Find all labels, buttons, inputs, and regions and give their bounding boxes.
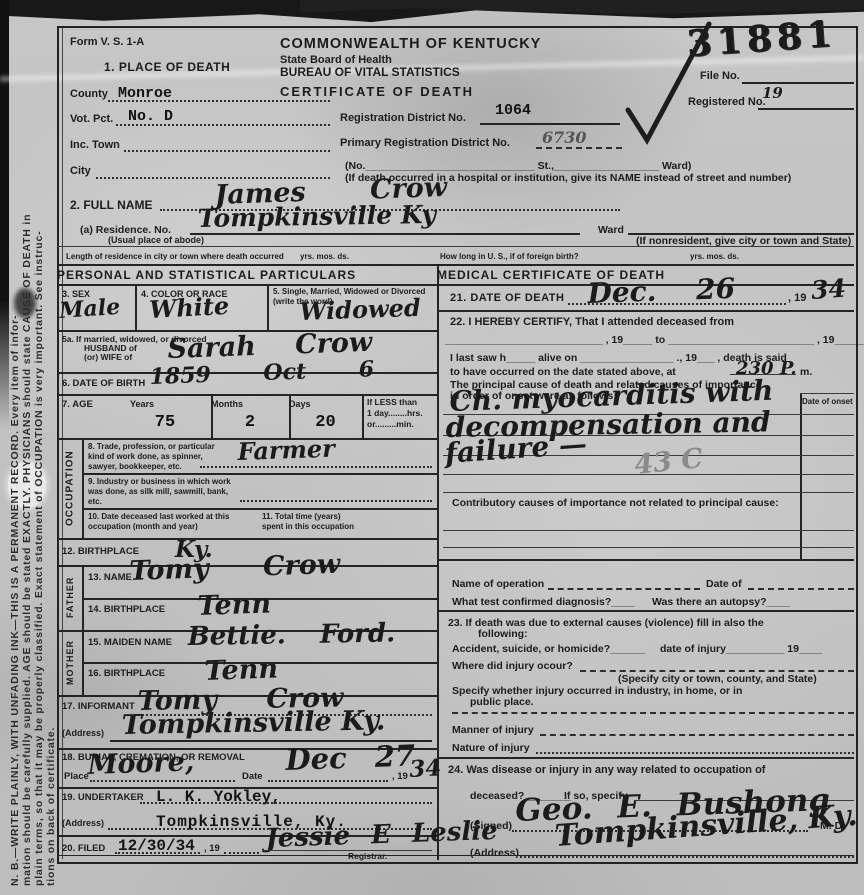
mother-name-value: Bettie. Ford. — [188, 620, 396, 650]
father-bp-value: Tenn — [197, 590, 271, 620]
marital-value: Widowed — [299, 296, 421, 324]
burial-19-label: , 19 — [392, 771, 408, 783]
physician-addr-label: (Address) — [470, 847, 519, 860]
registered-no-value: 19 — [762, 86, 783, 101]
contributory-bottom-line — [437, 559, 854, 561]
filed-label: 20. FILED — [62, 843, 105, 855]
ward-label: Ward — [598, 224, 624, 237]
m-label: m. — [800, 366, 812, 379]
margin-note-line3: plain terms, so that it may be properly … — [33, 28, 45, 886]
row6-bottom-line — [57, 394, 437, 396]
certificate-title: CERTIFICATE OF DEATH — [280, 84, 610, 100]
county-label: County — [70, 88, 108, 101]
father-bp-label: 14. BIRTHPLACE — [88, 604, 165, 616]
test-label: What test confirmed diagnosis?____ — [452, 596, 635, 609]
where-injury-line — [580, 670, 854, 672]
occupation-bottom-line — [57, 538, 437, 540]
reg-district-value: 1064 — [495, 103, 531, 118]
reg-district-label: Registration District No. — [340, 112, 466, 125]
nature-line — [536, 752, 854, 754]
commonwealth-title: COMMONWEALTH OF KENTUCKY — [280, 36, 610, 54]
inc-town-line — [124, 150, 330, 152]
margin-note-line1: N. B.—WRITE PLAINLY, WITH UNFADING INK—T… — [9, 28, 21, 886]
personal-section-title: PERSONAL AND STATISTICAL PARTICULARS — [57, 268, 437, 283]
onset-label: Date of onset — [802, 397, 854, 407]
length-row-top-line — [57, 246, 854, 247]
ifless-label-3: or.........min. — [367, 419, 414, 429]
sex-color-divider — [135, 284, 137, 330]
dateof-label: Date of — [706, 578, 742, 591]
sex-value: Male — [58, 296, 120, 322]
q24-line1: 24. Was disease or injury in any way rel… — [448, 764, 765, 777]
father-strip-label: FATHER — [59, 565, 81, 630]
occupation-strip-label: OCCUPATION — [59, 438, 81, 538]
burial-place-line — [90, 780, 235, 782]
operation-line — [548, 588, 700, 590]
father-name-label: 13. NAME — [88, 572, 132, 584]
manner-line — [540, 734, 854, 736]
primary-district-label: Primary Registration District No. — [340, 137, 510, 150]
burial-year-value: 34 — [409, 756, 442, 781]
row21-bottom-line — [437, 310, 854, 312]
margin-note-line2: mation should be carefully supplied. AGE… — [21, 28, 33, 886]
mother-name-label: 15. MAIDEN NAME — [88, 637, 172, 649]
abode-note: (Usual place of abode) — [108, 235, 204, 246]
filed-19-label: , 19 — [204, 843, 220, 855]
registrar-label: Registrar. — [348, 851, 387, 861]
box9-bottom-line — [82, 508, 437, 510]
autopsy-label: Was there an autopsy?____ — [652, 596, 790, 609]
vot-pct-line — [116, 124, 330, 126]
filed-line — [115, 852, 200, 854]
death-certificate-scan: N. B.—WRITE PLAINLY, WITH UNFADING INK—T… — [0, 0, 864, 895]
bureau-title: BUREAU OF VITAL STATISTICS — [280, 65, 610, 80]
industry-label: 9. Industry or business in which work wa… — [88, 477, 238, 506]
dod-year-value: 34 — [810, 276, 846, 303]
cause-line-5 — [443, 492, 854, 493]
age-label: 7. AGE — [62, 399, 93, 411]
primary-district-line — [536, 147, 622, 149]
reg-district-line — [480, 123, 620, 125]
operation-label: Name of operation — [452, 578, 544, 591]
q23-line2: following: — [478, 628, 528, 641]
mother-bp-label: 16. BIRTHPLACE — [88, 668, 165, 680]
age-months-header: Months — [211, 399, 289, 410]
registrar-line — [262, 850, 432, 851]
section-band-top — [57, 264, 854, 266]
street-ward-line: (No._____________________________ St.,__… — [345, 160, 691, 173]
burial-date-label: Date — [242, 771, 263, 783]
dod-line — [568, 303, 786, 305]
cause-code-value: 43 C — [633, 445, 704, 479]
father-name-value: Tomy Crow — [129, 551, 340, 585]
registrar-signature: Jessie E Leslie — [265, 818, 498, 852]
length-units: yrs. mos. ds. — [300, 252, 349, 262]
vot-pct-label: Vot. Pct. — [70, 113, 113, 126]
color-marital-divider — [267, 284, 269, 330]
burial-place-label: Place — [64, 771, 89, 783]
form-number: Form V. S. 1-A — [70, 36, 144, 49]
age-years-value: 75 — [130, 414, 200, 431]
onset-box-top — [800, 393, 854, 394]
registered-no-label: Registered No. — [688, 96, 766, 109]
full-name-label: 2. FULL NAME — [70, 198, 152, 213]
primary-district-value: 6730 — [542, 130, 587, 146]
onset-column-divider — [800, 393, 802, 559]
occupation-strip-divider — [82, 438, 84, 538]
certify-line1: 22. I HEREBY CERTIFY, That I attended de… — [450, 316, 734, 329]
bottom-inner-rule — [57, 855, 854, 856]
section1-title: 1. PLACE OF DEATH — [104, 60, 230, 75]
scan-left-edge — [0, 0, 9, 430]
county-value: Monroe — [118, 86, 172, 101]
undertaker-label: 19. UNDERTAKER — [62, 792, 144, 804]
city-label: City — [70, 165, 91, 178]
age-days-value: 20 — [289, 414, 362, 431]
totaltime-label: 11. Total time (years) spent in this occ… — [262, 512, 362, 532]
lastworked-label: 10. Date deceased last worked at this oc… — [88, 512, 238, 532]
test-bottom-line — [437, 610, 854, 612]
file-no-line — [742, 82, 854, 84]
file-no-label: File No. — [700, 70, 740, 83]
where-injury-label: Where did injury ocour? — [452, 660, 573, 673]
dateof-line — [748, 588, 854, 590]
inc-town-label: Inc. Town — [70, 139, 120, 152]
burial-place-value: Moore, — [87, 748, 195, 779]
ifless-label-2: 1 day........hrs. — [367, 408, 423, 418]
margin-note-line4: tions on back of certificate. — [45, 28, 57, 886]
ifless-label-1: If LESS than — [367, 397, 417, 407]
filed-19-line — [224, 852, 259, 854]
howlong-label: How long in U. S., if of foreign birth? — [440, 252, 579, 262]
dod-label: 21. DATE OF DEATH — [450, 292, 564, 305]
birthplace-label: 12. BIRTHPLACE — [62, 546, 139, 558]
contributory-line-2 — [443, 547, 854, 548]
husband-label-3: (or) WIFE of — [84, 352, 132, 362]
undertaker-line — [140, 802, 432, 804]
vot-pct-value: No. D — [128, 109, 173, 124]
industry-line — [240, 500, 432, 502]
physician-addr-line — [520, 856, 854, 858]
dob-label: 6. DATE OF BIRTH — [62, 378, 145, 390]
nature-bottom-line — [437, 757, 854, 759]
certify-line4: to have occurred on the date stated abov… — [450, 366, 676, 379]
contributory-line-1 — [443, 530, 854, 531]
color-value: White — [149, 294, 230, 322]
trade-line — [200, 466, 432, 468]
length-of-residence-label: Length of residence in city or town wher… — [66, 252, 284, 262]
mother-strip-label: MOTHER — [59, 630, 81, 695]
dod-19-label: , 19 — [788, 292, 806, 305]
signed-label: (Signed) — [470, 820, 512, 833]
burial-date-value: Dec 27 — [285, 741, 416, 775]
age-years-header: Years — [130, 399, 200, 410]
registered-no-line — [758, 108, 854, 110]
contributory-label: Contributory causes of importance not re… — [452, 497, 792, 510]
burial-date-line — [268, 780, 388, 782]
specify-line2: public place. — [470, 696, 534, 709]
accident-label: Accident, suicide, or homicide?______ — [452, 643, 645, 656]
age-months-value: 2 — [211, 414, 289, 431]
undertaker-addr-label: (Address) — [62, 818, 104, 829]
age-days-header: Days — [289, 399, 362, 410]
informant-addr-label: (Address) — [62, 728, 104, 739]
informant-addr-value: Tompkinsville Ky. — [122, 707, 386, 739]
residence-value: Tompkinsville Ky — [198, 202, 437, 231]
trade-value: Farmer — [237, 437, 335, 464]
injury-date-label: date of injury__________ 19____ — [660, 643, 822, 656]
nature-label: Nature of injury — [452, 742, 530, 755]
county-line — [108, 100, 330, 102]
q23-bottom-dashes — [452, 712, 854, 714]
specify-city-note: (Specify city or town, county, and State… — [618, 673, 817, 686]
age-days-less-divider — [362, 394, 364, 438]
howlong-units: yrs. mos. ds. — [690, 252, 739, 262]
box8-bottom-line — [82, 473, 437, 475]
certify-line2: ___________________________ , 19_____ to… — [445, 334, 864, 347]
manner-label: Manner of injury — [452, 724, 534, 737]
mother-bp-value: Tenn — [204, 655, 278, 685]
residence-line — [190, 233, 580, 235]
